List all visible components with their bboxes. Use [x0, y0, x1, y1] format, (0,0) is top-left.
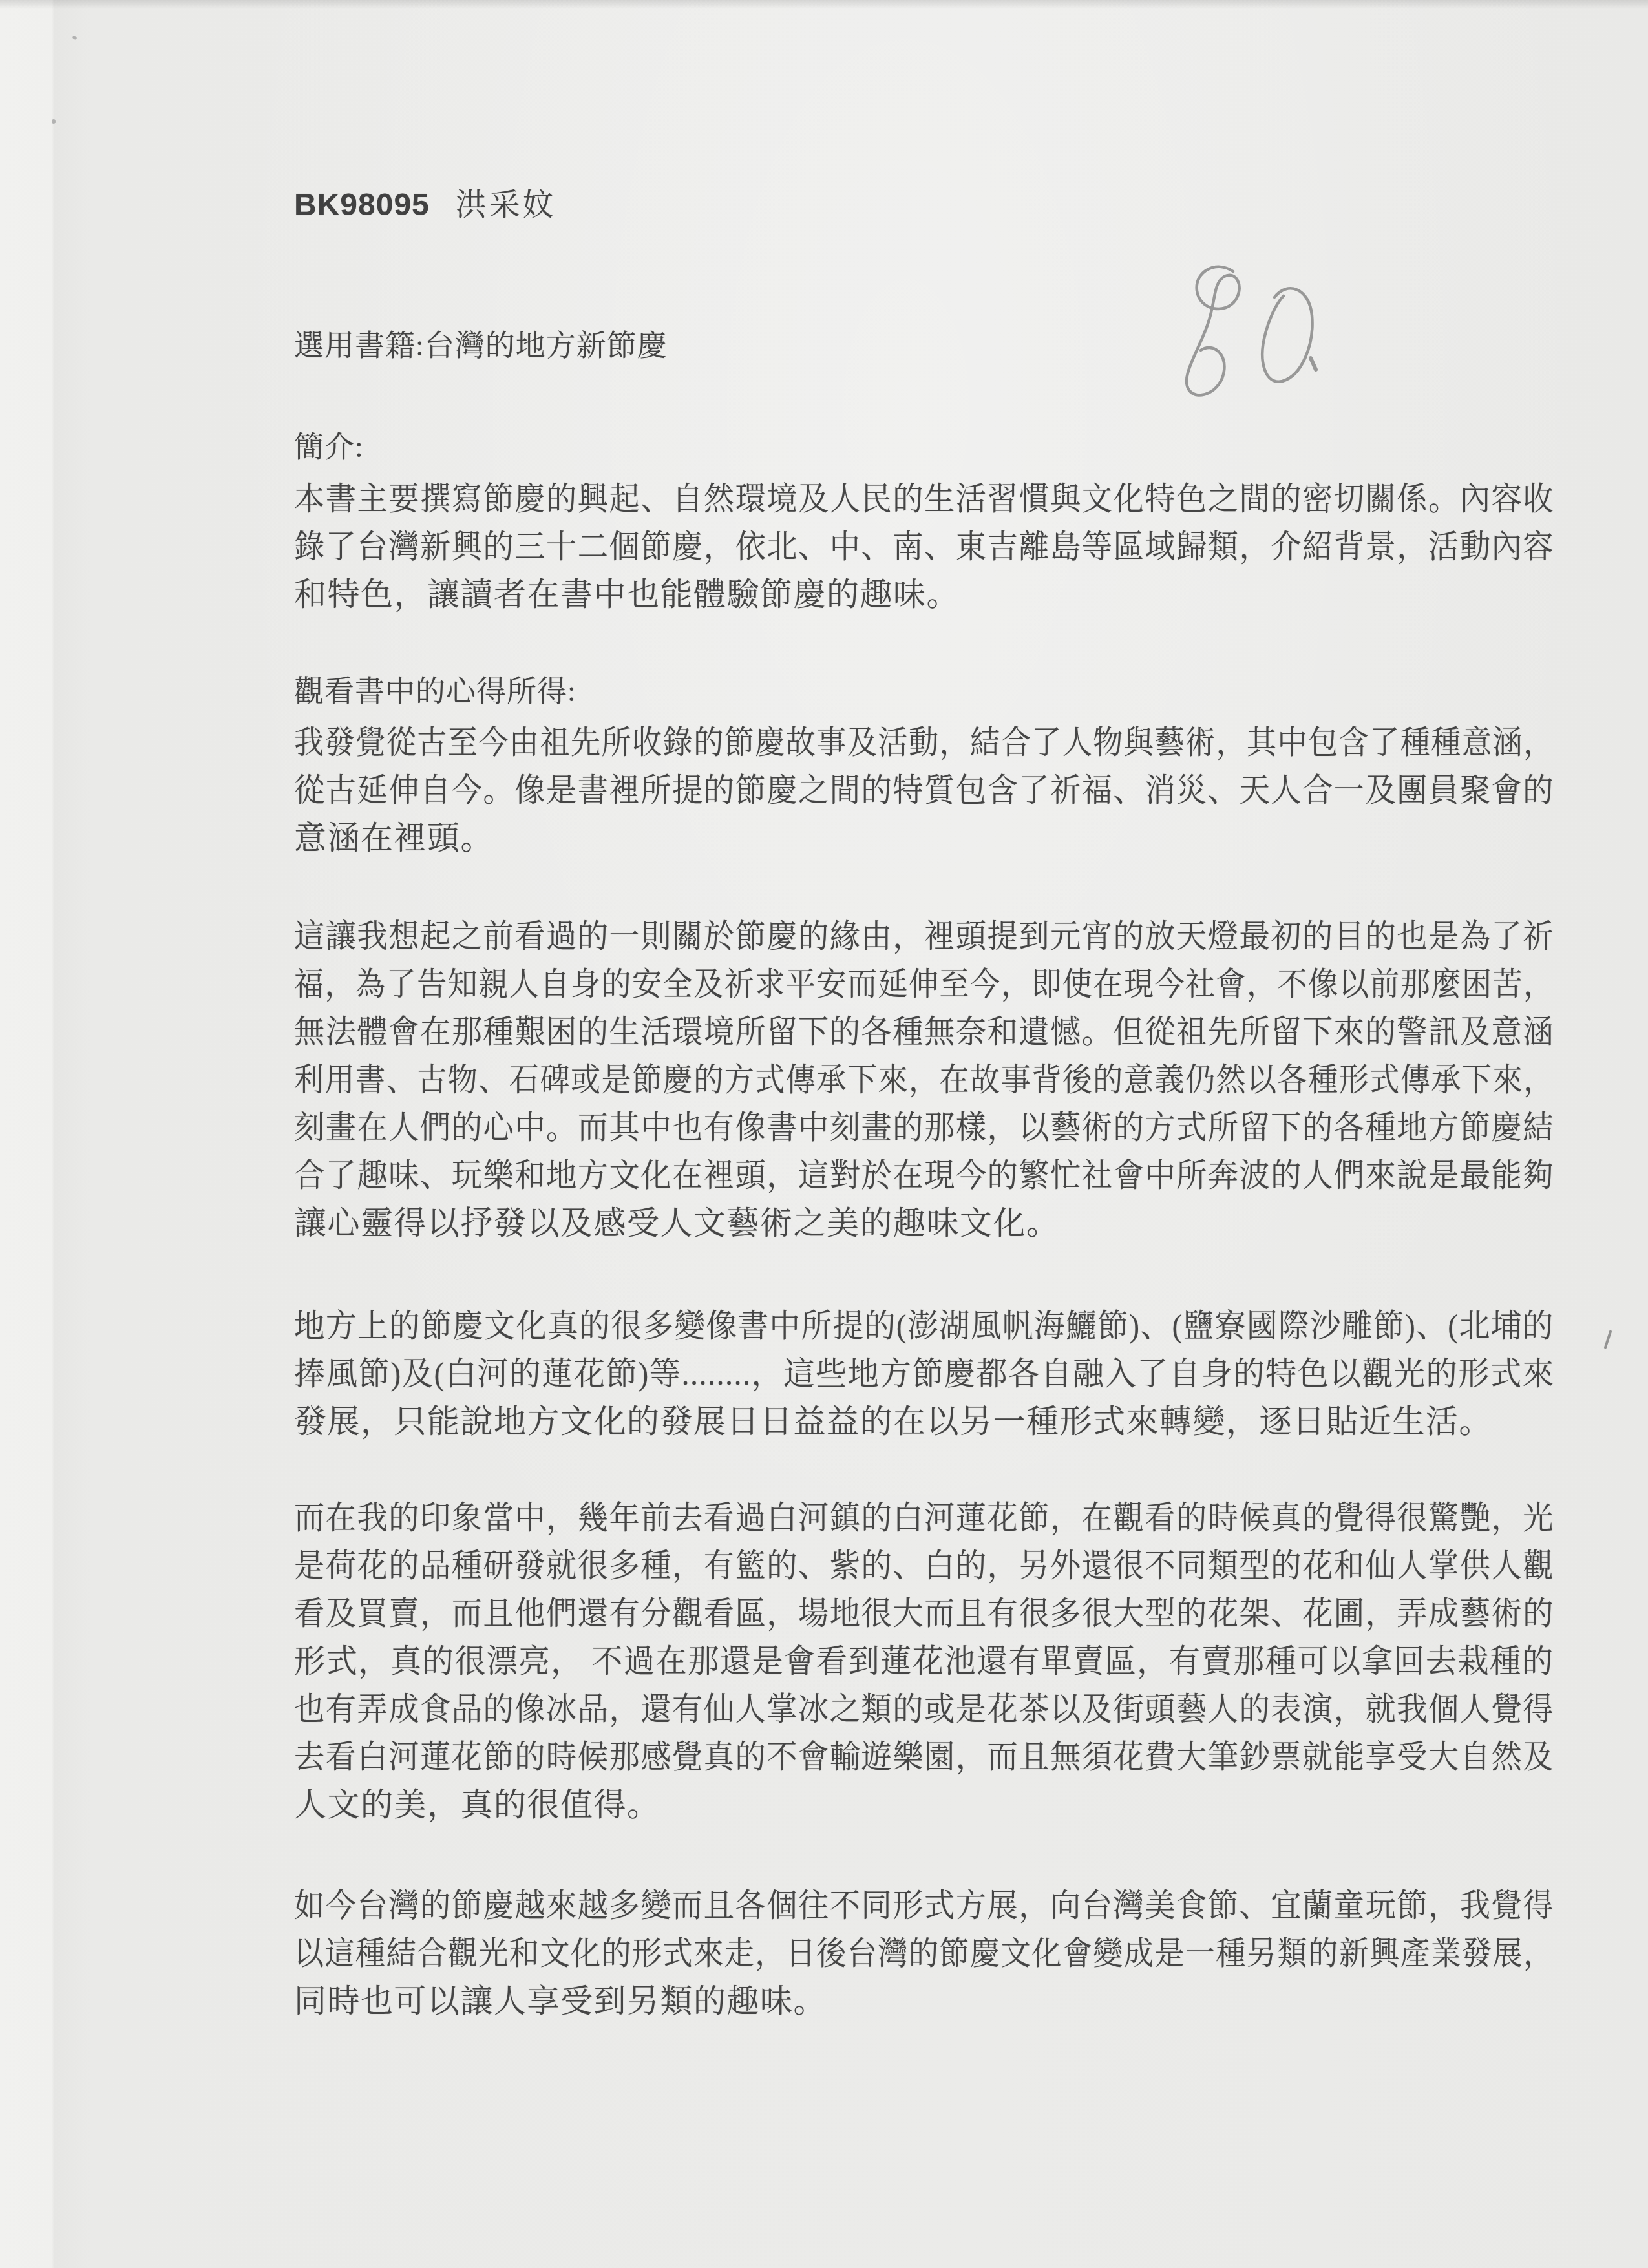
text-line: 捧風節)及(白河的蓮花節)等........，這些地方節慶都各自融入了自身的特色… — [294, 1350, 1510, 1398]
text-line: 意涵在裡頭。 — [294, 814, 1554, 862]
text-line: 錄了台灣新興的三十二個節慶，依北、中、南、東吉離島等區域歸類，介紹背景，活動內容 — [294, 523, 1487, 571]
text-line: 從古延伸自今。像是書裡所提的節慶之間的特質包含了祈福、消災、天人合一及團員聚會的 — [294, 766, 1487, 814]
student-name: 洪采妏 — [456, 180, 556, 224]
student-id: BK98095 — [294, 187, 430, 223]
text-line: 地方上的節慶文化真的很多變像書中所提的(澎湖風帆海鱺節)、(鹽寮國際沙雕節)、(… — [294, 1302, 1494, 1350]
paragraph-lantern-origin: 這讓我想起之前看過的一則關於節慶的緣由，裡頭提到元宵的放天燈最初的目的也是為了祈… — [294, 912, 1554, 1247]
text-line: 這讓我想起之前看過的一則關於節慶的緣由，裡頭提到元宵的放天燈最初的目的也是為了祈 — [294, 912, 1487, 960]
pencil-slash-mark — [1603, 1330, 1612, 1349]
text-line: 如今台灣的節慶越來越多變而且各個往不同形式方展，向台灣美食節、宜蘭童玩節，我覺得 — [294, 1882, 1487, 1929]
book-title-line: 選用書籍:台灣的地方新節慶 — [294, 325, 1554, 366]
text-line: 合了趣味、玩樂和地方文化在裡頭，這對於在現今的繁忙社會中所奔波的人們來說是最能夠 — [294, 1151, 1487, 1199]
text-line: 福，為了告知親人自身的安全及祈求平安而延伸至今，即使在現今社會，不像以前那麼困苦… — [294, 960, 1457, 1008]
text-line: 是荷花的品種研發就很多種，有籃的、紫的、白的，另外還很不同類型的花和仙人掌供人觀 — [294, 1542, 1487, 1590]
paper-speck — [52, 119, 56, 124]
text-line: 我發覺從古至今由祖先所收錄的節慶故事及活動，結合了人物與藝術，其中包含了種種意涵… — [294, 719, 1457, 766]
text-line: 刻畫在人們的心中。而其中也有像書中刻畫的那樣，以藝術的方式所留下的各種地方節慶結 — [294, 1104, 1487, 1151]
text-line: 同時也可以讓人享受到另類的趣味。 — [294, 1977, 1554, 2025]
text-line: 利用書、古物、石碑或是節慶的方式傳承下來，在故事背後的意義仍然以各種形式傳承下來… — [294, 1056, 1457, 1104]
review-heading: 觀看書中的心得所得: — [294, 671, 1554, 712]
paragraph-local-festivals: 地方上的節慶文化真的很多變像書中所提的(澎湖風帆海鱺節)、(鹽寮國際沙雕節)、(… — [294, 1302, 1554, 1445]
review-paragraph: 我發覺從古至今由祖先所收錄的節慶故事及活動，結合了人物與藝術，其中包含了種種意涵… — [294, 719, 1554, 862]
text-line: 看及買賣，而且他們還有分觀看區，場地很大而且有很多很大型的花架、花圃，弄成藝術的 — [294, 1590, 1487, 1637]
text-line: 本書主要撰寫節慶的興起、自然環境及人民的生活習慣與文化特色之間的密切關係。內容收 — [294, 475, 1487, 523]
scanned-book-report-page: BK98095 洪采妏 選用書籍:台灣的地方新節慶 簡介: 本書主要撰寫節慶的興… — [0, 0, 1648, 2268]
text-line: 發展，只能說地方文化的發展日日益益的在以另一種形式來轉變，逐日貼近生活。 — [294, 1398, 1554, 1445]
text-line: 去看白河蓮花節的時候那感覺真的不會輸遊樂園，而且無須花費大筆鈔票就能享受大自然及 — [294, 1733, 1487, 1781]
intro-paragraph: 本書主要撰寫節慶的興起、自然環境及人民的生活習慣與文化特色之間的密切關係。內容收… — [294, 475, 1554, 618]
text-line: 以這種結合觀光和文化的形式來走，日後台灣的節慶文化會變成是一種另類的新興產業發展… — [294, 1929, 1457, 1977]
paper-speck — [72, 35, 78, 40]
paragraph-conclusion: 如今台灣的節慶越來越多變而且各個往不同形式方展，向台灣美食節、宜蘭童玩節，我覺得… — [294, 1882, 1554, 2025]
text-line: 而在我的印象當中，幾年前去看過白河鎮的白河蓮花節，在觀看的時候真的覺得很驚艷，光 — [294, 1494, 1487, 1542]
intro-heading: 簡介: — [294, 426, 1554, 468]
paragraph-lotus-festival: 而在我的印象當中，幾年前去看過白河鎮的白河蓮花節，在觀看的時候真的覺得很驚艷，光… — [294, 1494, 1554, 1829]
text-line: 形式，真的很漂亮， 不過在那還是會看到蓮花池還有單賣區，有賣那種可以拿回去栽種的 — [294, 1637, 1509, 1685]
text-line: 讓心靈得以抒發以及感受人文藝術之美的趣味文化。 — [294, 1199, 1554, 1247]
text-line: 也有弄成食品的像冰品，還有仙人掌冰之類的或是花茶以及街頭藝人的表演，就我個人覺得 — [294, 1685, 1487, 1733]
student-header: BK98095 洪采妏 — [294, 180, 1554, 224]
text-line: 和特色，讓讀者在書中也能體驗節慶的趣味。 — [294, 571, 1554, 618]
text-line: 無法體會在那種艱困的生活環境所留下的各種無奈和遺憾。但從祖先所留下來的警訊及意涵 — [294, 1008, 1487, 1056]
text-line: 人文的美，真的很值得。 — [294, 1781, 1554, 1829]
